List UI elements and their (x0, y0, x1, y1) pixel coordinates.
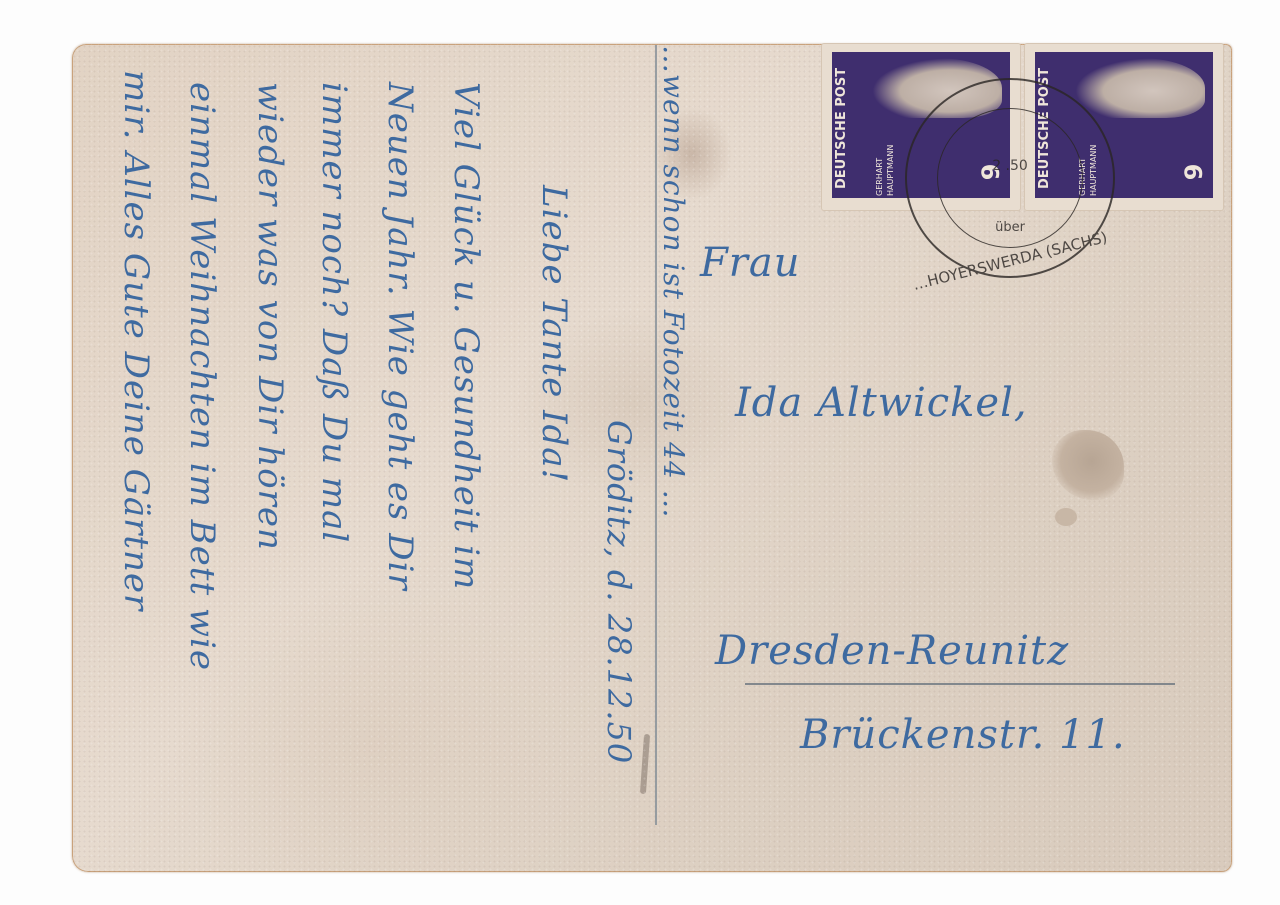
message-line: immer noch? Daß Du mal (314, 82, 354, 543)
portrait-icon (1075, 58, 1205, 118)
place-date: Gröditz, d. 28.12.50 (600, 420, 638, 764)
postmark-date: 2 .50 (907, 158, 1113, 174)
stamp-country: DEUTSCHE POST (834, 58, 860, 198)
salutation: Liebe Tante Ida! (534, 185, 574, 483)
water-stain (1055, 508, 1077, 526)
address-line-street: Brückenstr. 11. (800, 712, 1126, 758)
header-note: …wenn schon ist Fotozeit 44 … (657, 45, 690, 519)
stamp-value: 6 (1179, 164, 1207, 181)
message-line: Neuen Jahr. Wie geht es Dir (380, 82, 420, 591)
message-line: einmal Weihnachten im Bett wie (182, 82, 222, 671)
address-line-city: Dresden-Reunitz (715, 628, 1069, 674)
postmark: 2 .50 über …HOYERSWERDA (SACHS) (905, 78, 1115, 278)
message-line: Viel Glück u. Gesundheit im (446, 82, 486, 590)
city-underline (745, 683, 1175, 685)
address-line-name: Ida Altwickel, (735, 380, 1028, 426)
paper-scuff (640, 734, 650, 794)
address-line-salutation: Frau (700, 240, 800, 286)
message-line: wieder was von Dir hören (250, 82, 290, 551)
stamp-subject: GERHART HAUPTMANN (874, 112, 898, 196)
message-line: mir. Alles Gute Deine Gärtner (116, 70, 156, 611)
